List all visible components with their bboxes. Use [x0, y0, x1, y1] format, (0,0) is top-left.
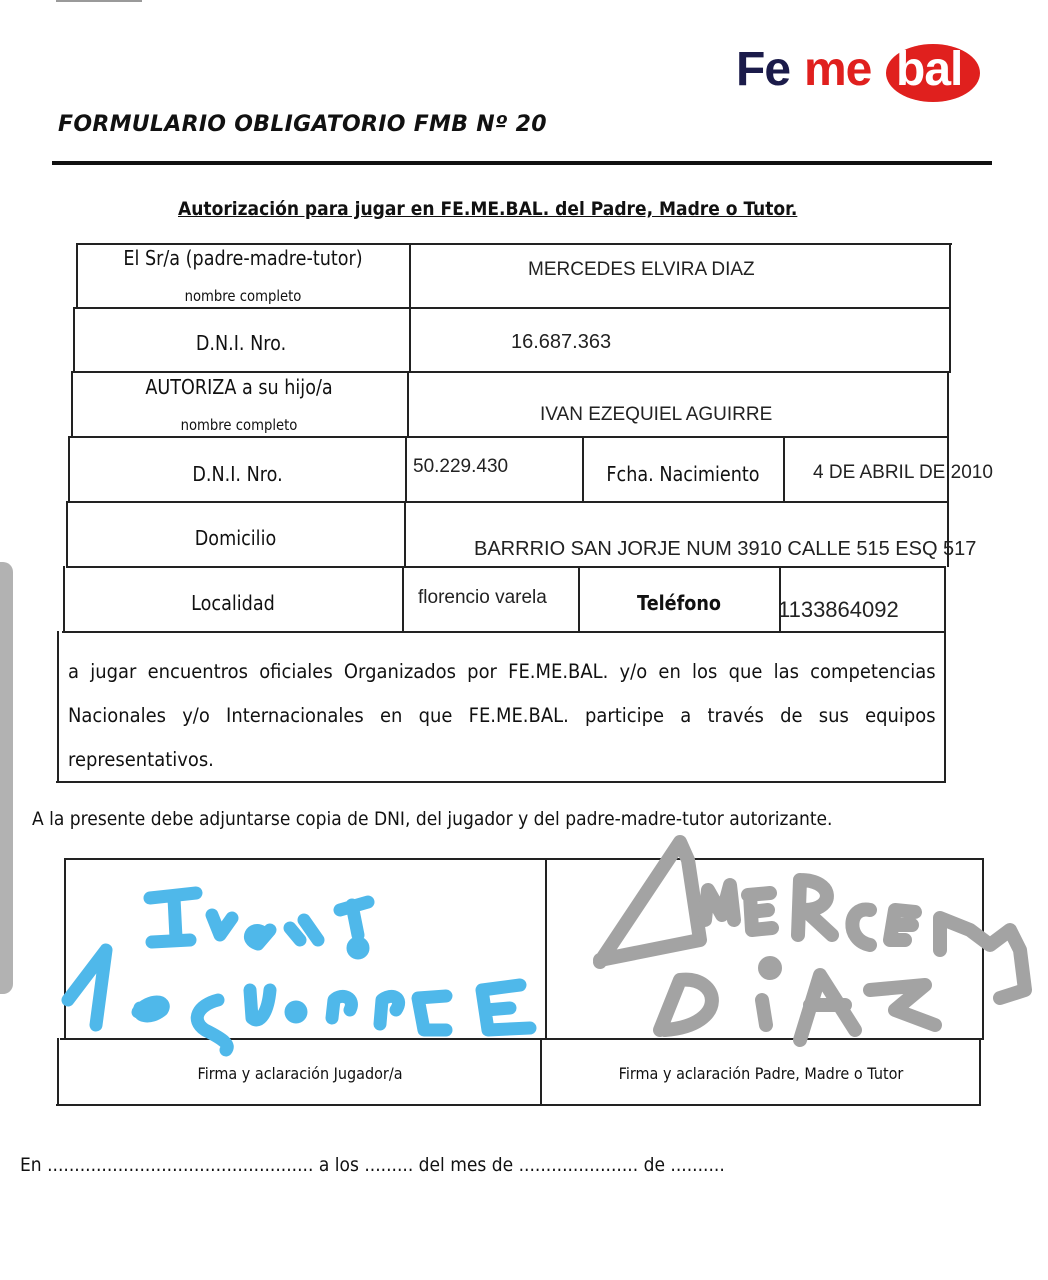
date-place-line: En .....................................… — [20, 1154, 725, 1176]
parent-signature-drawing[interactable] — [0, 0, 1048, 1280]
